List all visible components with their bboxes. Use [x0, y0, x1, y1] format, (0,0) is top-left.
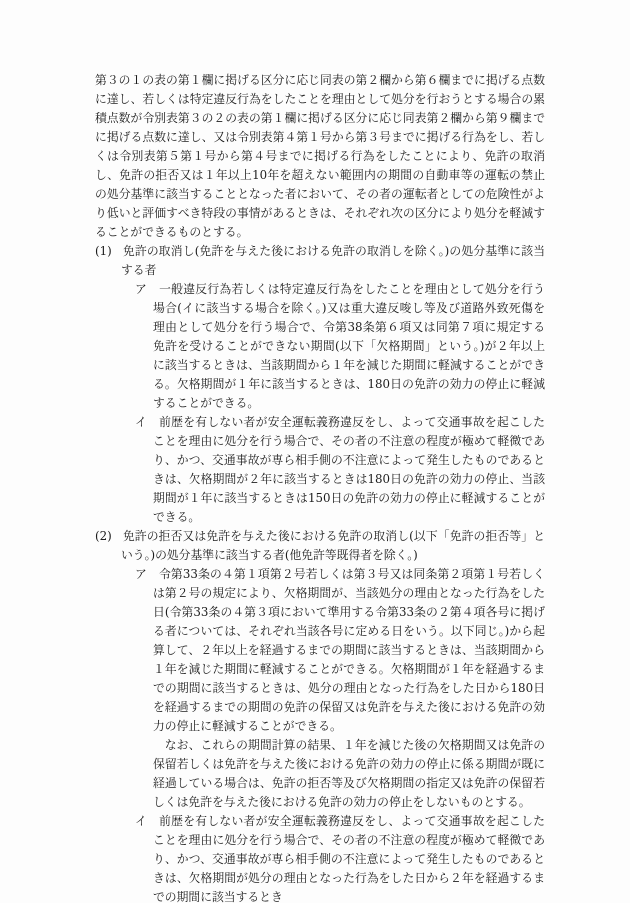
item-2-sub-a-row: ア令第33条の４第１項第２号若しくは第３号又は同条第２項第１号若しくは第２号の規…: [95, 565, 545, 736]
intro-paragraph: 第３の１の表の第１欄に掲げる区分に応じ同表の第２欄から第６欄までに掲げる点数に達…: [95, 71, 545, 242]
item-1-sub-a-text: 一般違反行為若しくは特定違反行為をしたことを理由として処分を行う場合(イに該当す…: [153, 282, 545, 410]
item-2-sub-a-note: なお、これらの期間計算の結果、１年を減じた後の欠格期間又は免許の保留若しくは免許…: [95, 736, 545, 812]
item-1-sub-a-label: ア: [135, 282, 147, 296]
item-2-number: (2): [95, 529, 112, 543]
document-page: 第３の１の表の第１欄に掲げる区分に応じ同表の第２欄から第６欄までに掲げる点数に達…: [0, 0, 630, 903]
item-2-sub-b-row: イ前歴を有しない者が安全運転義務違反をし、よって交通事故を起こしたことを理由に処…: [95, 812, 545, 903]
item-2-text: 免許の拒否又は免許を与えた後における免許の取消し(以下「免許の拒否等」という。)…: [121, 529, 545, 562]
item-1-sub-b-text: 前歴を有しない者が安全運転義務違反をし、よって交通事故を起こしたことを理由に処分…: [153, 415, 545, 524]
item-2-row: (2)免許の拒否又は免許を与えた後における免許の取消し(以下「免許の拒否等」とい…: [95, 527, 545, 565]
document-body: 第３の１の表の第１欄に掲げる区分に応じ同表の第２欄から第６欄までに掲げる点数に達…: [95, 71, 545, 903]
item-1-sub-b-row: イ前歴を有しない者が安全運転義務違反をし、よって交通事故を起こしたことを理由に処…: [95, 413, 545, 527]
item-2-sub-a-text: 令第33条の４第１項第２号若しくは第３号又は同条第２項第１号若しくは第２号の規定…: [153, 567, 545, 733]
item-2-sub-b-label: イ: [135, 814, 147, 828]
item-1-sub-a-row: ア一般違反行為若しくは特定違反行為をしたことを理由として処分を行う場合(イに該当…: [95, 280, 545, 413]
item-1-sub-b-label: イ: [135, 415, 147, 429]
item-1-text: 免許の取消し(免許を与えた後における免許の取消しを除く。)の処分基準に該当する者: [121, 244, 545, 277]
item-2-sub-a-label: ア: [135, 567, 147, 581]
item-1-number: (1): [95, 244, 112, 258]
item-1-row: (1)免許の取消し(免許を与えた後における免許の取消しを除く。)の処分基準に該当…: [95, 242, 545, 280]
item-2-sub-b-text: 前歴を有しない者が安全運転義務違反をし、よって交通事故を起こしたことを理由に処分…: [153, 814, 545, 903]
